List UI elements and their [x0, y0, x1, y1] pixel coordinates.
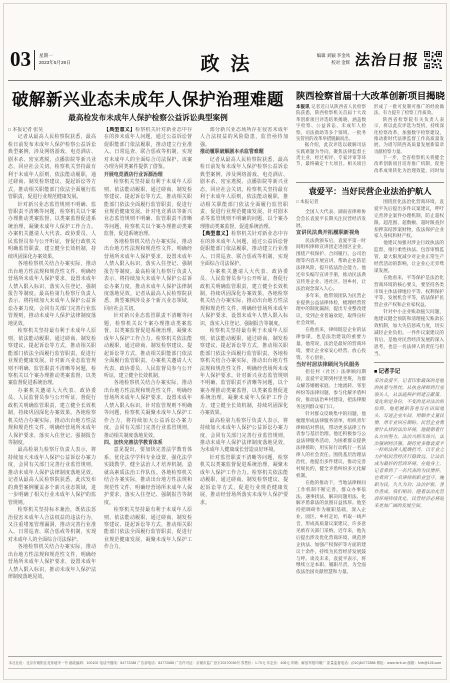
lead-headline: 破解新兴业态未成年人保护治理难题 — [8, 86, 288, 110]
benbaoxun-marker: 本报讯 — [296, 104, 310, 109]
crosshead-script-kill: 推动履职破解剧本杀监管难题 — [200, 149, 288, 156]
body-paragraph: 在他的推动下，当地法律顾问工作机制不断完善，群众办事依法、遇事找法、解决问题用法… — [296, 480, 366, 576]
lead-column-3: 部分新兴业态场所存在侵害未成年人合法权益的风险隐患，监管亟待加强。 推动履职破解… — [200, 127, 288, 653]
feature-column-2: 围绕优化法治化营商环境，袁爱平先后提出多件议案建议，呼吁完善涉企案件办理机制，防… — [374, 199, 444, 654]
lead-column-2: 【典型意义】检察机关针对新业态中存在的涉未成年人问题，通过公益诉讼督促职能部门依… — [104, 127, 192, 653]
masthead: 法治日报 — [354, 49, 420, 70]
body-paragraph: 检察机关坚持最有利于未成年人原则，依法能动履职，通过磋商、制发检察建议、提起诉讼… — [8, 328, 96, 388]
body-paragraph: 各地检察机关结合办案实际，推动出台地方性法规和规范性文件，明确经营场所未成年人保… — [104, 239, 192, 314]
body-paragraph: 民法典颁布后，袁爱平第一时间组织律师宣讲团走进园区企业，围绕产权保护、合同履行、… — [296, 238, 366, 293]
body-paragraph: 最高检第九检察厅负责人表示，将持续加大未成年人保护公益诉讼办案力度，会同有关部门… — [200, 418, 288, 455]
body-paragraph: 部分新兴业态场所存在侵害未成年人合法权益的风险隐患，监管亟待加强。 — [200, 127, 288, 149]
body-paragraph: 各地检察机关结合办案实际，推动出台地方性法规和规范性文件，明确经营场所未成年人保… — [8, 261, 96, 328]
significance-paragraph: 【典型意义】检察机关针对新业态中存在的涉未成年人问题，通过公益诉讼督促职能部门依… — [200, 231, 288, 268]
lead-in-paragraph: 本报讯 记者近日从陕西省人民检察院获悉，陕西检察机关首届十大改革创新项目评选结果… — [296, 104, 366, 142]
body-paragraph: 检察机关坚持最有利于未成年人原则，依法能动履职，通过磋商、制发检察建议、提起诉讼… — [104, 179, 192, 239]
body-paragraph: 记者从最高人民检察院获悉，最高检日前发布未成年人保护检察公益诉讼典型案例，涉及网… — [200, 157, 288, 232]
body-paragraph: 他建议加强对涉企行政执法的监督，推行柔性执法、包容审慎监管，最大限度减少对企业正… — [374, 240, 444, 274]
lead-in-text: 记者近日从陕西省人民检察院获悉，陕西检察机关首届十大改革创新项目评选结果揭晓，涵… — [296, 104, 366, 141]
feature-headline: 袁爱平：当好民营企业法治护航人 — [296, 186, 444, 197]
page-header: 03 星期一 2023年5月29日 政法 编辑 刘颖 李金凤 校对 金辉 法治日… — [8, 45, 442, 79]
body-paragraph: 检察机关坚持最有利于未成年人原则，依法能动履职，通过磋商、制发检察建议、提起诉讼… — [200, 328, 288, 417]
body-paragraph: 针对群众反映集中的问题，他梳理形成法律服务清单，组织青年律师结对帮扶，带动更多法… — [296, 411, 366, 480]
body-paragraph: 各地检察机关结合办案实际，推动出台地方性法规和规范性文件，明确经营场所未成年人保… — [8, 544, 96, 581]
header-rule — [8, 80, 442, 81]
body-paragraph: 最高检第九检察厅负责人表示，将持续加大未成年人保护公益诉讼办案力度，会同有关部门… — [8, 447, 96, 507]
editor-credit-line: 编辑 刘颖 李金凤 — [317, 53, 350, 60]
significance-text: 检察机关针对新业态中存在的涉未成年人问题，通过公益诉讼督促职能部门依法履职，推动… — [104, 128, 192, 170]
reporter-note-text: 采访袁爱平，记者印象最深的是他的执着与热忱。从执业律师到行业领头人，从法庭辩护到… — [374, 378, 444, 509]
body-paragraph: 意见提出，要加快完善法学教育体系，优化法学学科专业设置，强化法学实践教学，健全法… — [104, 447, 192, 507]
body-paragraph: 针对中小企业账款拖欠问题，他建议健全预防和清理拖欠账款长效机制，加大失信惩戒力度… — [374, 309, 444, 357]
body-paragraph: 各地检察机关结合办案实际，推动出台地方性法规和规范性文件，明确经营场所未成年人保… — [104, 380, 192, 440]
body-paragraph: 记者从最高人民检察院获悉，最高检日前发布未成年人保护检察公益诉讼典型案例，涉及网… — [8, 134, 96, 201]
lead-deck: 最高检发布未成年人保护检察公益诉讼典型案例 — [8, 112, 288, 123]
lead-byline: □ 本报记者 张昊 — [8, 127, 96, 134]
body-paragraph: 围绕优化法治化营商环境，袁爱平先后提出多件议案建议，呼吁完善涉企案件办理机制，防… — [374, 199, 444, 240]
significance-marker: 【典型意义】 — [104, 128, 135, 133]
proofreader-credit-line: 校对 金辉 — [317, 60, 350, 67]
body-paragraph: 检察机关坚持最有利于未成年人原则，依法能动履职，通过磋商、制发检察建议、提起诉讼… — [104, 507, 192, 552]
page-footer: 本社社址：北京市朝阳区花家地甲一号 邮政编码：100102 电话中继线：8477… — [8, 656, 442, 669]
significance-text: 检察机关针对新业态中存在的涉未成年人问题，通过公益诉讼督促职能部门依法履职，推动… — [200, 232, 288, 267]
body-paragraph: 担任村（社区）法律顾问期间，袁爱平定期到村里坐班，为群众解答婚姻家庭、土地流转、… — [296, 369, 366, 410]
reporter-note-label: ■ 记者手记 — [374, 367, 400, 375]
crosshead-esports-hotel: 开展电竞酒店行业诉源治理 — [104, 172, 192, 179]
header-right-block: 编辑 刘颖 李金凤 校对 金辉 法治日报 — [317, 49, 442, 70]
significance-marker: 【典型意义】 — [200, 232, 231, 237]
significance-paragraph: 【典型意义】检察机关针对新业态中存在的涉未成年人问题，通过公益诉讼督促职能部门依… — [104, 127, 192, 172]
newspaper-page: 03 星期一 2023年5月29日 政法 编辑 刘颖 李金凤 校对 金辉 法治日… — [0, 0, 450, 683]
crosshead-civil-code: 宣讲民法典开拓履职新视角 — [296, 230, 366, 238]
lead-column-1: □ 本报记者 张昊 记者从最高人民检察院获悉，最高检日前发布未成年人保护检察公益… — [8, 127, 96, 653]
body-paragraph: 检察机关坚持标本兼治，既依法惩治侵害未成年人合法权益的违法行为，又注重堵塞管理漏… — [8, 507, 96, 544]
body-paragraph: 针对监管职责不清晰等问题，检察机关以类案监督促进系统治理，凝聚未成年人保护工作合… — [200, 455, 288, 507]
body-paragraph: 办案机关邀请人大代表、政协委员、人民监督员参与公开听证，督促行政机关明确监管职责… — [8, 388, 96, 448]
feature-column-1: □ 本报记者 全国人大代表、湖南省律师协会会长袁爱平长期关注民营经济发展。 宣讲… — [296, 199, 366, 654]
right-article-body: 本报讯 记者近日从陕西省人民检察院获悉，陕西检察机关首届十大改革创新项目评选结果… — [296, 104, 444, 179]
body-paragraph: 在他看来，平等保护是法治化营商环境的核心要义，要坚持各类市场主体法律地位平等、权… — [374, 275, 444, 309]
article-divider-rule — [296, 182, 444, 183]
editor-credits: 编辑 刘颖 李金凤 校对 金辉 — [317, 53, 350, 66]
body-paragraph: 全国人大代表、湖南省律师协会会长袁爱平长期关注民营经济发展。 — [296, 209, 366, 230]
body-paragraph: 陕西省检察院有关负责人表示，将以此次评选为契机，持续深化检察改革，加强数字检察建… — [374, 117, 444, 155]
right-article-headline: 陕西检察首届十大改革创新项目揭晓 — [296, 88, 444, 102]
footer-colophon: 本社社址：北京市朝阳区花家地甲一号 邮政编码：100102 电话中继线：8477… — [8, 660, 442, 665]
body-paragraph: 针对新兴业态监管规则不明确、监管职责不清晰等问题，检察机关以个案办理推动类案监督… — [8, 202, 96, 262]
body-paragraph: 多年来，他带领团队为民营企业提供公益法律体检，梳理经营管理中的制度漏洞，提出专业… — [296, 293, 366, 327]
body-paragraph: 针对新兴业态监管职责不清晰等问题，检察机关以个案办理推动类案监督，以类案监督促进… — [104, 313, 192, 380]
qr-code-icon — [424, 51, 442, 69]
feature-byline: □ 本报记者 — [296, 199, 366, 206]
crosshead-legal-education: 四、加快完善法学教育体系 — [104, 440, 192, 447]
body-paragraph: 办案机关邀请人大代表、政协委员、人民监督员参与公开听证，督促行政机关明确监管职责… — [200, 269, 288, 329]
body-paragraph: 在他看来，律师既是企业的法律参谋，也是法治建设的重要力量。他常说，法治是最好的营… — [296, 327, 366, 361]
reporter-note-header: ■ 记者手记 — [374, 362, 444, 375]
